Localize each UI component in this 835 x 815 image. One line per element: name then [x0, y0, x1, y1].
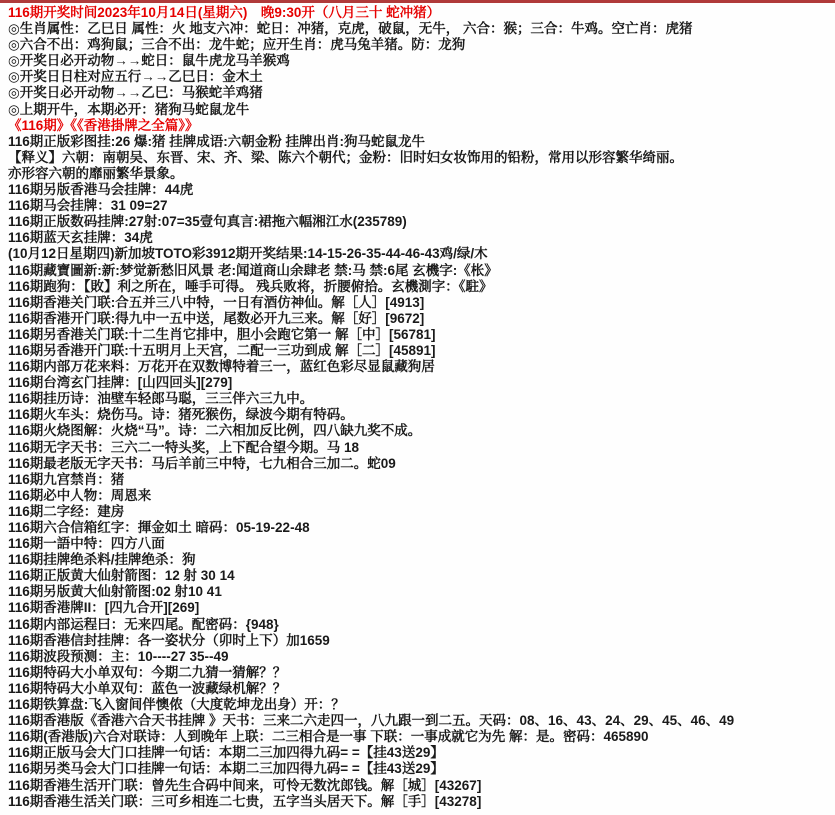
- tip-line: ◎上期开牛，本期必开：猪狗马蛇鼠龙牛: [8, 102, 833, 118]
- tip-line: 116期一語中特：四方八面: [8, 536, 833, 552]
- tip-line: 116期正版数码挂牌:27射:07=35壹句真言:裙拖六幅湘江水(235789): [8, 214, 833, 230]
- tip-line: 《116期》《《香港掛牌之全篇》》: [8, 118, 833, 134]
- tip-line: 116期六合信箱红字：揮金如土 暗码：05-19-22-48: [8, 520, 833, 536]
- tip-line: (10月12日星期四)新加坡TOTO彩3912期开奖结果:14-15-26-35…: [8, 246, 833, 262]
- tip-line: 116期另类马会大门口挂牌一句话：本期二三加四得九码= =【挂43送29】: [8, 761, 833, 777]
- tip-line: 116期无字天书：三六二一特头奖，上下配合望今期。马 18: [8, 440, 833, 456]
- tip-line: ◎开奖日必开动物→→乙巳：马猴蛇羊鸡猪: [8, 85, 833, 101]
- tip-line: 116期波段预测：主：10----27 35--49: [8, 649, 833, 665]
- tip-line: ◎六合不出：鸡狗鼠；三合不出：龙牛蛇；应开生肖：虎马兔羊猪。防：龙狗: [8, 37, 833, 53]
- tip-line: 116期香港牌II：[四九合开][269]: [8, 600, 833, 616]
- tip-line: 116期香港关门联:合五并三八中特，一日有酒仿神仙。解［人］[4913]: [8, 295, 833, 311]
- tip-line: 116期香港生活开门联：曾先生合码中间来，可怜无数沈郎钱。解［城］[43267]: [8, 778, 833, 794]
- tip-line: 116期(香港版)六合对联诗：人到晚年 上联：二三相合是一事 下联：一事成就它为…: [8, 729, 833, 745]
- tips-line-list: 116期开奖时间2023年10月14日(星期六) 晚9:30开（八月三十 蛇冲猪…: [8, 5, 833, 810]
- tip-line: 116期最老版无字天书：马后羊前三中特，七九相合三加二。蛇09: [8, 456, 833, 472]
- tip-line: 116期另香港关门联:十二生肖它排中，胆小会跑它第一 解［中］[56781]: [8, 327, 833, 343]
- tip-line: 116期挂历诗：油壁车轻郎马聪，三三伴六三九中。: [8, 391, 833, 407]
- top-border-line: [0, 0, 835, 3]
- tip-line: 116期开奖时间2023年10月14日(星期六) 晚9:30开（八月三十 蛇冲猪…: [8, 5, 833, 21]
- tip-line: 116期台湾玄门挂牌：[山四回头][279]: [8, 375, 833, 391]
- tip-line: 亦形容六朝的靡丽繁华景象。: [8, 166, 833, 182]
- tip-line: 116期必中人物：周恩来: [8, 488, 833, 504]
- tip-line: 116期正版马会大门口挂牌一句话：本期二三加四得九码= =【挂43送29】: [8, 745, 833, 761]
- tip-line: 116期特码大小单双句：今期二九猜一猜解？？: [8, 665, 833, 681]
- tip-line: 116期二字经：建房: [8, 504, 833, 520]
- tip-line: 【释义】六朝：南朝吴、东晋、宋、齐、梁、陈六个朝代；金粉：旧时妇女妆饰用的铅粉，…: [8, 150, 833, 166]
- tip-line: 116期正版彩图挂:26 爆:猪 挂牌成语:六朝金粉 挂牌出肖:狗马蛇鼠龙牛: [8, 134, 833, 150]
- tip-line: 116期另香港开门联:十五明月上天宫，二配一三功到成 解［二］[45891]: [8, 343, 833, 359]
- tip-line: 116期挂牌绝杀料/挂牌绝杀：狗: [8, 552, 833, 568]
- tip-line: ◎开奖日必开动物→→蛇日：鼠牛虎龙马羊猴鸡: [8, 53, 833, 69]
- tip-line: 116期火烧图解：火烧“马”。诗：二六相加反比例，四八缺九奖不成。: [8, 423, 833, 439]
- tip-line: 116期香港生活关门联：三可乡相连二七贵，五字当头居天下。解［手］[43278]: [8, 794, 833, 810]
- tip-line: 116期香港开门联:得九中一五中送，尾数必开九三来。解［好］[9672]: [8, 311, 833, 327]
- tip-line: ◎开奖日日柱对应五行→→乙巳日：金木土: [8, 69, 833, 85]
- tip-line: 116期藏寶圖新:新:梦觉新愁旧风景 老:闻道商山余肆老 禁:马 禁:6尾 玄機…: [8, 263, 833, 279]
- tip-line: 116期另版黄大仙射箭图:02 射10 41: [8, 584, 833, 600]
- tip-line: 116期正版黄大仙射箭图：12 射 30 14: [8, 568, 833, 584]
- tip-line: 116期九宫禁肖：猪: [8, 472, 833, 488]
- tip-line: ◎生肖属性：乙巳日 属性：火 地支六冲：蛇日：冲猪，克虎，破鼠，无牛， 六合：猴…: [8, 21, 833, 37]
- tip-line: 116期另版香港马会挂牌：44虎: [8, 182, 833, 198]
- tip-line: 116期内部万花来料：万花开在双数博特着三一，蓝红色彩尽显鼠藏狗居: [8, 359, 833, 375]
- tip-line: 116期火车头：烧伤马。诗：猪死猴伤，绿波今期有特码。: [8, 407, 833, 423]
- tip-line: 116期蓝天玄挂牌：34虎: [8, 230, 833, 246]
- tip-line: 116期香港信封挂牌：各一姿状分（卯时上下）加1659: [8, 633, 833, 649]
- lottery-tips-page: 116期开奖时间2023年10月14日(星期六) 晚9:30开（八月三十 蛇冲猪…: [0, 0, 835, 815]
- tip-line: 116期跑狗：【敗】利之所在，唾手可得。 残兵败将，折腰俯拾。玄機測字：《駐》: [8, 279, 833, 295]
- tip-line: 116期马会挂牌：31 09=27: [8, 198, 833, 214]
- tip-line: 116期特码大小单双句：蓝色一波藏绿机解？？: [8, 681, 833, 697]
- tip-line: 116期内部运程曰：无来四尾。配密码：{948}: [8, 617, 833, 633]
- tip-line: 116期铁算盘:飞入窗间伴懊侬（大度乾坤龙出身）开：？: [8, 697, 833, 713]
- tip-line: 116期香港版《香港六合天书挂牌 》天书：三来二六走四一，八九跟一到二五。天码：…: [8, 713, 833, 729]
